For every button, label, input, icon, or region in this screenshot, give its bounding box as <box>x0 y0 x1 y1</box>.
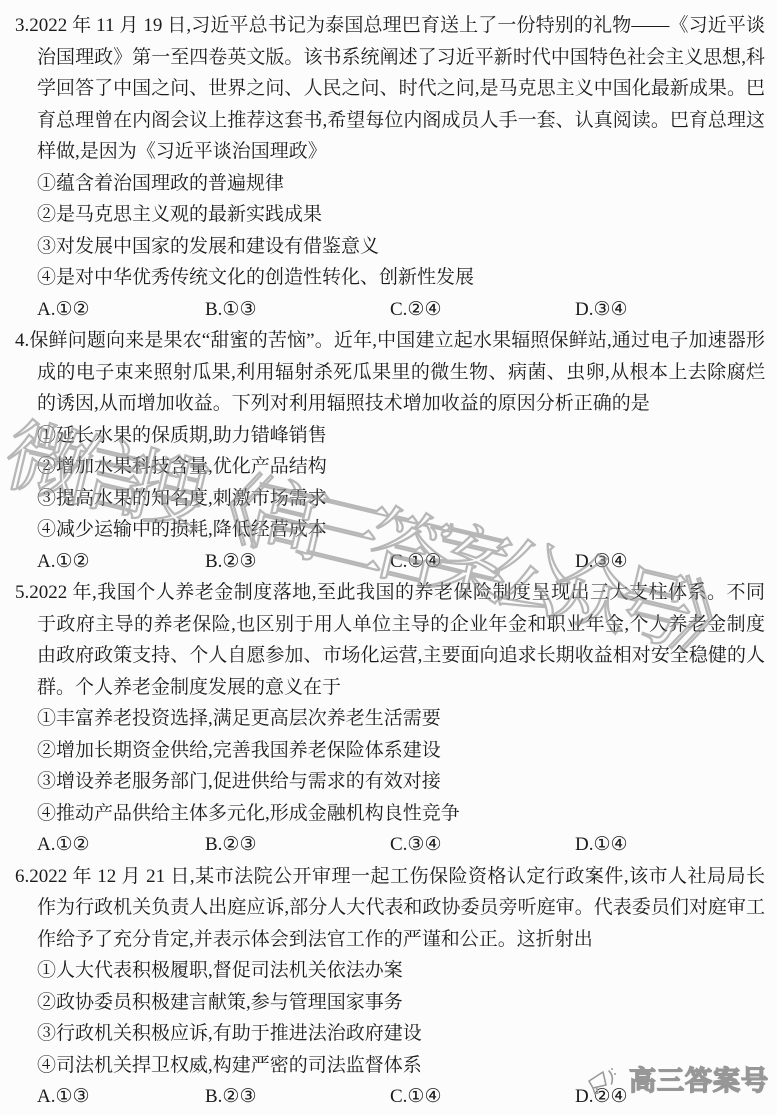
question-3-answer-c: C.②④ <box>390 294 575 326</box>
question-3-option-4: ④是对中华优秀传统文化的创造性转化、创新性发展 <box>37 262 765 294</box>
question-4-option-4: ④减少运输中的损耗,降低经营成本 <box>37 514 765 546</box>
question-3-number: 3. <box>15 15 29 36</box>
question-3-answer-b: B.①③ <box>205 294 390 326</box>
question-3-answer-a: A.①② <box>37 294 205 326</box>
question-4: 4.保鲜问题向来是果农“甜蜜的苦恼”。近年,中国建立起水果辐照保鲜站,通过电子加… <box>15 325 765 577</box>
question-4-answer-b: B.②③ <box>205 546 390 578</box>
question-4-answer-c: C.①④ <box>390 546 575 578</box>
question-4-stem-text: 保鲜问题向来是果农“甜蜜的苦恼”。近年,中国建立起水果辐照保鲜站,通过电子加速器… <box>29 330 765 414</box>
question-3-answer-d: D.③④ <box>575 294 765 326</box>
question-4-option-3: ③提高水果的知名度,刺激市场需求 <box>37 483 765 515</box>
question-5-option-1: ①丰富养老投资选择,满足更高层次养老生活需要 <box>37 703 765 735</box>
exam-page: 3.2022 年 11 月 19 日,习近平总书记为泰国总理巴育送上了一份特别的… <box>0 0 777 1115</box>
question-3-stem-text: 2022 年 11 月 19 日,习近平总书记为泰国总理巴育送上了一份特别的礼物… <box>29 15 765 162</box>
question-6-stem: 6.2022 年 12 月 21 日,某市法院公开审理一起工伤保险资格认定行政案… <box>15 861 765 956</box>
question-6-stem-text: 2022 年 12 月 21 日,某市法院公开审理一起工伤保险资格认定行政案件,… <box>29 866 765 950</box>
question-3-answer-row: A.①② B.①③ C.②④ D.③④ <box>37 294 765 326</box>
question-4-stem: 4.保鲜问题向来是果农“甜蜜的苦恼”。近年,中国建立起水果辐照保鲜站,通过电子加… <box>15 325 765 420</box>
question-6-answer-d: D.②④ <box>575 1081 765 1113</box>
question-6-answer-b: B.②③ <box>205 1081 390 1113</box>
question-5-option-3: ③增设养老服务部门,促进供给与需求的有效对接 <box>37 766 765 798</box>
question-5-stem-text: 2022 年,我国个人养老金制度落地,至此我国的养老保险制度呈现出三大支柱体系。… <box>29 582 765 698</box>
question-4-option-1: ①延长水果的保质期,助力错峰销售 <box>37 420 765 452</box>
question-5-answer-row: A.①② B.②③ C.③④ D.①④ <box>37 829 765 861</box>
question-3-option-3: ③对发展中国家的发展和建设有借鉴意义 <box>37 231 765 263</box>
question-6: 6.2022 年 12 月 21 日,某市法院公开审理一起工伤保险资格认定行政案… <box>15 861 765 1113</box>
question-5-option-2: ②增加长期资金供给,完善我国养老保险体系建设 <box>37 735 765 767</box>
question-6-option-3: ③行政机关积极应诉,有助于推进法治政府建设 <box>37 1018 765 1050</box>
question-3-option-1: ①蕴含着治国理政的普遍规律 <box>37 168 765 200</box>
question-4-number: 4. <box>15 330 29 351</box>
question-5-answer-c: C.③④ <box>390 829 575 861</box>
question-3: 3.2022 年 11 月 19 日,习近平总书记为泰国总理巴育送上了一份特别的… <box>15 10 765 325</box>
question-4-option-2: ②增加水果科技含量,优化产品结构 <box>37 451 765 483</box>
question-6-answer-a: A.①③ <box>37 1081 205 1113</box>
question-5: 5.2022 年,我国个人养老金制度落地,至此我国的养老保险制度呈现出三大支柱体… <box>15 577 765 861</box>
question-5-answer-b: B.②③ <box>205 829 390 861</box>
question-6-number: 6. <box>15 866 29 887</box>
question-4-answer-row: A.①② B.②③ C.①④ D.③④ <box>37 546 765 578</box>
question-3-stem: 3.2022 年 11 月 19 日,习近平总书记为泰国总理巴育送上了一份特别的… <box>15 10 765 168</box>
question-6-option-4: ④司法机关捍卫权威,构建严密的司法监督体系 <box>37 1050 765 1082</box>
question-6-option-2: ②政协委员积极建言献策,参与管理国家事务 <box>37 987 765 1019</box>
question-3-option-2: ②是马克思主义观的最新实践成果 <box>37 199 765 231</box>
question-5-answer-a: A.①② <box>37 829 205 861</box>
question-4-answer-d: D.③④ <box>575 546 765 578</box>
question-5-stem: 5.2022 年,我国个人养老金制度落地,至此我国的养老保险制度呈现出三大支柱体… <box>15 577 765 703</box>
question-6-answer-row: A.①③ B.②③ C.①④ D.②④ <box>37 1081 765 1113</box>
question-6-option-1: ①人大代表积极履职,督促司法机关依法办案 <box>37 955 765 987</box>
question-6-answer-c: C.①④ <box>390 1081 575 1113</box>
question-5-answer-d: D.①④ <box>575 829 765 861</box>
question-4-answer-a: A.①② <box>37 546 205 578</box>
question-5-option-4: ④推动产品供给主体多元化,形成金融机构良性竞争 <box>37 798 765 830</box>
question-5-number: 5. <box>15 582 29 603</box>
